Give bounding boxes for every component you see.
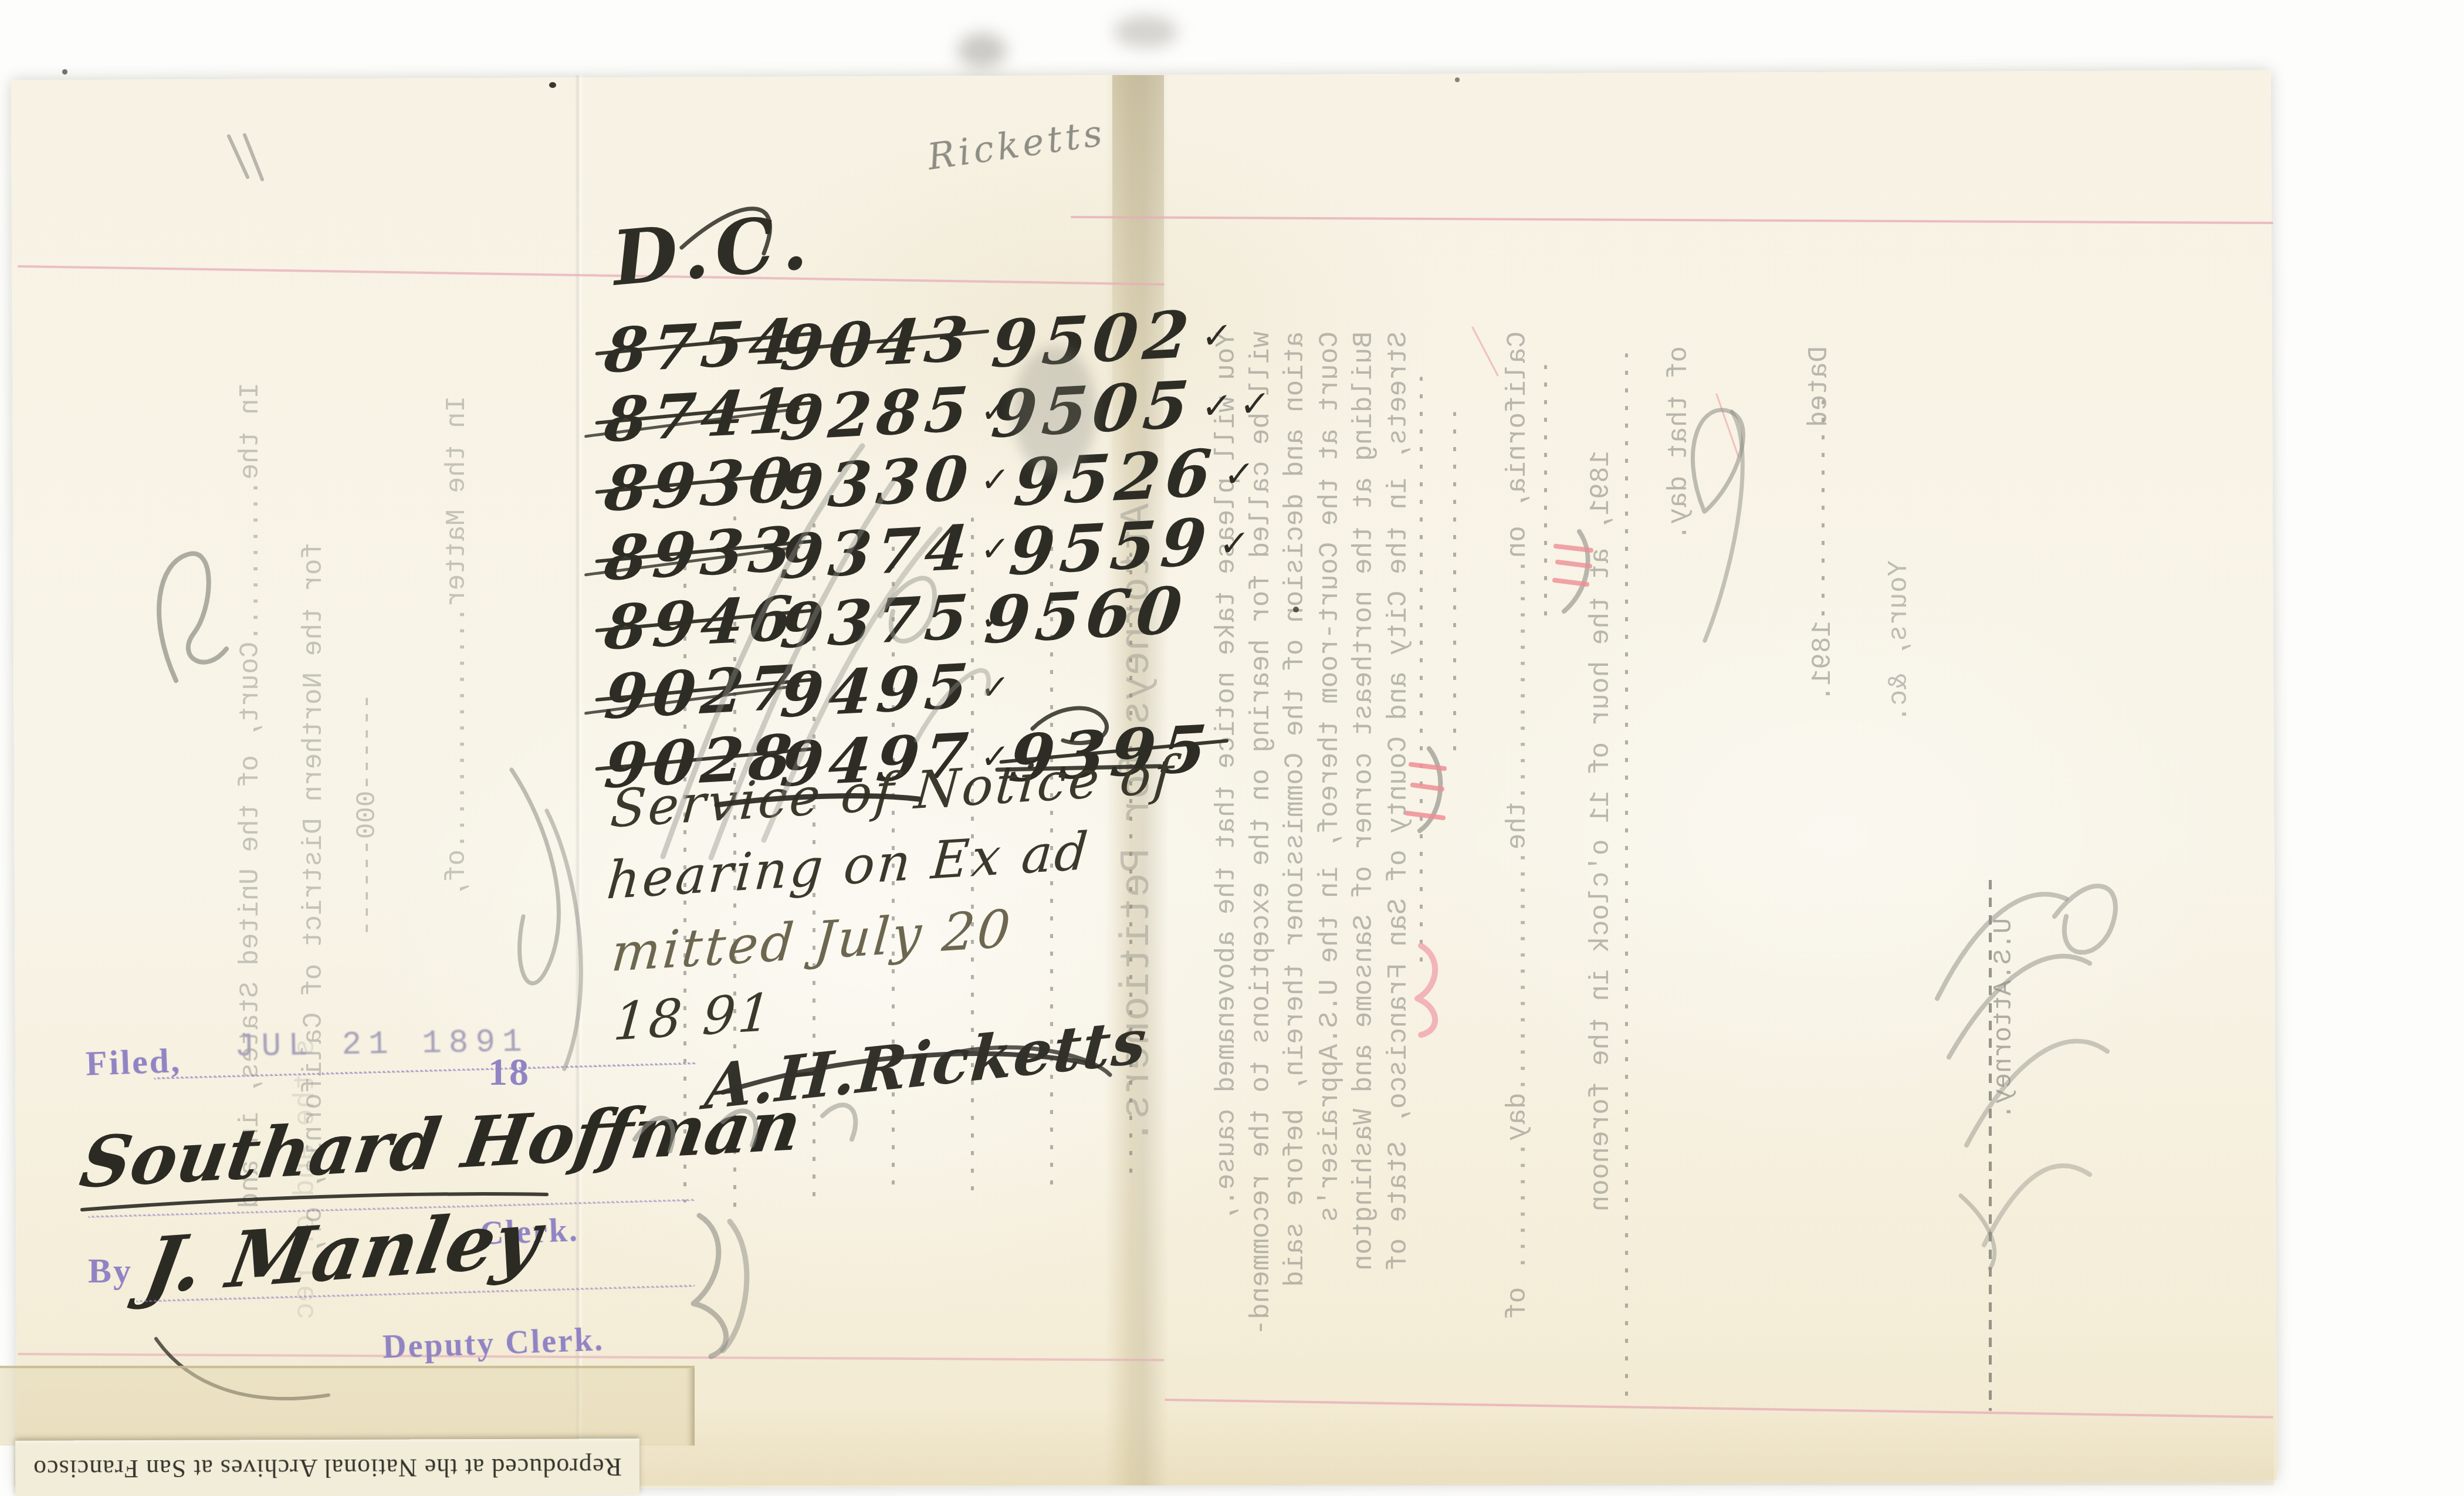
leader-dots-column — [1453, 412, 1456, 764]
deputy-clerk-label: Deputy Clerk. — [382, 1321, 605, 1366]
check-mark: ✓ — [971, 668, 1011, 708]
speck — [1455, 77, 1460, 82]
archives-label-text: Reproduced at the National Archives at S… — [33, 1452, 622, 1484]
case-number-right-column: 9560 — [981, 572, 1190, 658]
check-mark: ✓ — [1192, 385, 1233, 428]
speck — [549, 82, 556, 88]
case-number-struck-column: 8930 — [602, 444, 800, 526]
filed-year-prefix: 18 — [488, 1050, 530, 1095]
scanner-smudge — [957, 33, 1007, 68]
notice-california-line: California, on...............the........… — [1501, 331, 1535, 1319]
notice-yours-line: Yours, &c. — [1882, 560, 1916, 722]
vertical-dashed-line — [1989, 880, 1992, 1411]
by-label: By — [88, 1251, 133, 1291]
check-mark: ✓ — [1209, 523, 1251, 566]
check-mark: ✓ — [1230, 383, 1271, 426]
service-note-line: 18 91 — [611, 981, 776, 1052]
docket-divider: ------000------ — [350, 693, 384, 936]
case-number-struck-column: 8741 — [602, 374, 800, 456]
check-mark: ✓ — [1192, 315, 1233, 358]
check-mark: ✓ — [1214, 453, 1255, 496]
docket-matter-line: In the Matter...............of, — [440, 396, 474, 898]
speck — [62, 69, 67, 75]
case-number-middle-column: 9043 — [778, 303, 976, 385]
notice-dated-year: 1891. — [1806, 621, 1840, 702]
case-number-struck-column: 8754 — [602, 305, 800, 387]
notice-ofthatday-line: of that day. — [1662, 346, 1696, 540]
docket-court-line: In the..........Court, of the United Sta… — [233, 383, 268, 1209]
leader-dots-column — [1822, 400, 1825, 620]
leader-dots-column — [1420, 377, 1423, 975]
case-code: D.C. — [609, 198, 817, 303]
tape-patch — [0, 1366, 695, 1446]
scanned-document-page: In the..........Court, of the United Sta… — [0, 0, 2464, 1496]
notice-dated-label: Dated — [1802, 346, 1836, 427]
scanner-smudge — [1113, 15, 1178, 48]
notice-usattorney-line: U.S.Attorney. — [1988, 918, 2020, 1119]
case-number-struck-column: 8933 — [602, 513, 800, 595]
case-number-struck-column: 8946 — [602, 582, 800, 664]
leader-dots-column — [1544, 365, 1547, 623]
notice-hour-line: 1891, at the hour of 11 o'clock in the f… — [1584, 451, 1618, 1211]
leader-dots-column — [1625, 353, 1628, 1407]
archives-label: Reproduced at the National Archives at S… — [15, 1439, 639, 1496]
case-number-struck-column: 9027 — [602, 651, 800, 733]
check-mark: ✓ — [971, 529, 1011, 570]
speck — [1293, 607, 1299, 612]
check-mark: ✓ — [971, 460, 1011, 500]
filed-date-stamp: JUL 21 1891 — [234, 1023, 529, 1066]
